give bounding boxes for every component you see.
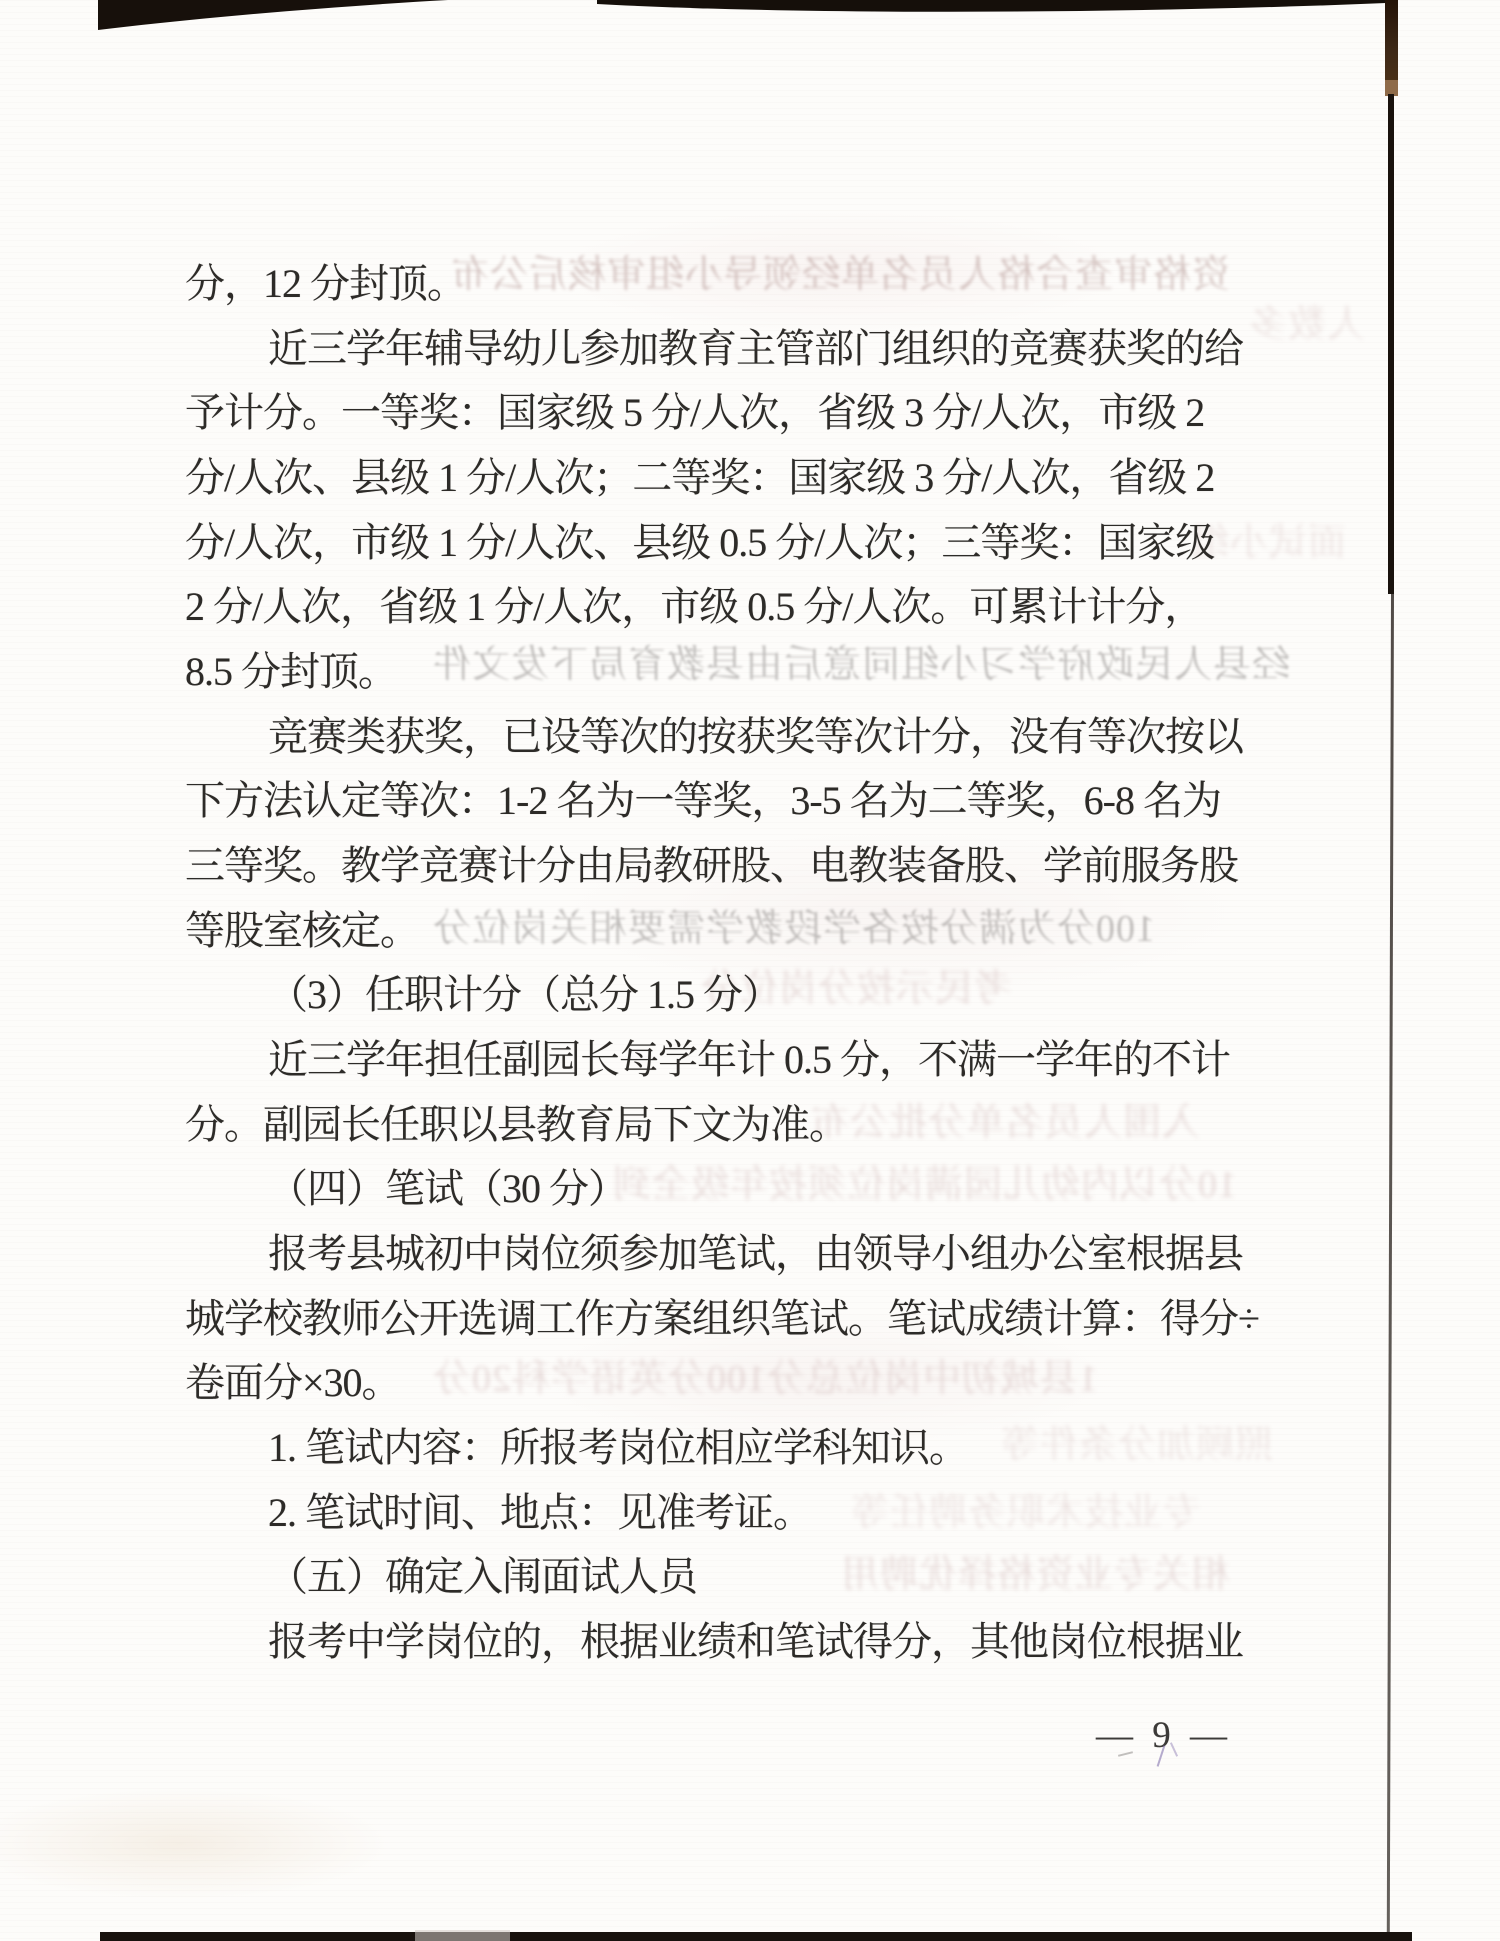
text-line-13: 近三学年担任副园长每学年计 0.5 分，不满一学年的不计 [268,1028,1230,1092]
bleedthrough-smudge: 经县人民政府学习小组同意后由县教育局下发文件 [432,642,1290,688]
scan-edge-right-line-lower [1387,594,1394,1941]
bleedthrough-smudge: 1县城初中岗位总分100分英语学科20分 [432,1356,1098,1402]
page-number: — 9 — [1096,1712,1232,1760]
scan-edge-right-line-upper [1388,94,1394,594]
text-line-14: 分。副园长任职以县教育局下文为准。 [185,1093,848,1157]
scan-edge-top-left-wedge [98,0,448,30]
text-line-16: 报考县城初中岗位须参加笔试，由领导小组办公室根据县 [268,1222,1243,1286]
bleedthrough-smudge: 入围人员名单分批公布 [810,1100,1200,1146]
scan-edge-top [0,0,1500,36]
scan-edge-top-right-band [597,0,1386,12]
text-line-10: 三等奖。教学竞赛计分由局教研股、电教装备股、学前服务股 [185,834,1238,898]
text-line-18: 卷面分×30。 [185,1351,401,1415]
text-line-19: 1. 笔试内容：所报考岗位相应学科知识。 [268,1416,968,1480]
text-line-11: 等股室核定。 [185,899,419,963]
text-line-02: 近三学年辅导幼儿参加教育主管部门组织的竞赛获奖的给 [268,317,1243,381]
text-line-01: 分，12 分封顶。 [185,252,466,316]
bleedthrough-smudge: 人数多 [1248,302,1365,348]
text-line-04: 分/人次、县级 1 分/人次；二等奖：国家级 3 分/人次，省级 2 [185,446,1214,510]
text-line-21: （五）确定入闱面试人员 [268,1545,697,1609]
text-line-22: 报考中学岗位的，根据业绩和笔试得分，其他岗位根据业 [268,1610,1243,1674]
text-line-12: （3）任职计分（总分 1.5 分） [268,963,781,1027]
scan-edge-bottom-bar [100,1932,1412,1941]
bleedthrough-smudge: 照顾加分条件等 [1000,1422,1273,1468]
bleedthrough-smudge: 资格审查合格人员名单经领导小组审核后公布 [450,252,1230,298]
bleedthrough-smudge: 相关专业资格择优聘用 [840,1552,1230,1598]
text-line-09: 下方法认定等次：1-2 名为一等奖，3-5 名为二等奖，6-8 名为 [185,769,1221,833]
text-line-06: 2 分/人次，省级 1 分/人次，市级 0.5 分/人次。可累计计分， [185,575,1203,639]
text-line-05: 分/人次，市级 1 分/人次、县级 0.5 分/人次；三等奖：国家级 [185,511,1214,575]
text-line-17: 城学校教师公开选调工作方案组织笔试。笔试成绩计算：得分÷ [185,1287,1259,1351]
scan-edge-right-strip-top [1385,0,1398,82]
scan-edge-bottom-gap [415,1930,510,1941]
text-line-20: 2. 笔试时间、地点：见准考证。 [268,1481,812,1545]
text-line-07: 8.5 分封顶。 [185,640,397,704]
bleedthrough-smudge: 专业技术职务聘任等 [850,1490,1201,1536]
text-line-15: （四）笔试（30 分） [268,1157,627,1221]
bleedthrough-smudge: 10分以内幼儿园满岗位须按年级全到 [612,1162,1237,1208]
bleedthrough-smudge: 100分为满分按各学段教学需要相关岗位分 [432,906,1155,952]
scanned-document-page: 资格审查合格人员名单经领导小组审核后公布 人数多 面试小组 经县人民政府学习小组… [0,0,1500,1941]
text-line-03: 予计分。一等奖：国家级 5 分/人次，省级 3 分/人次，市级 2 [185,381,1204,445]
text-line-08: 竞赛类获奖，已设等次的按获奖等次计分，没有等次按以 [268,705,1243,769]
